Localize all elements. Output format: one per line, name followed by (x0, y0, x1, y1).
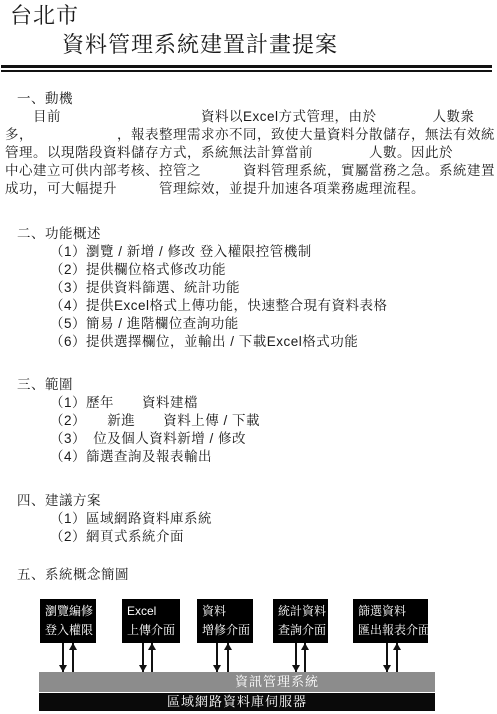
section-scope: 三、範圍 （1）歷年 資料建檔 （2） 新進 資料上傳 / 下載 （3） 位及個… (5, 376, 497, 466)
diagram-box-filter-export: 篩選資料匯出報表介面 (353, 599, 428, 643)
box-label-line2: 匯出報表介面 (358, 623, 430, 637)
box-label-line2: 上傳介面 (127, 623, 175, 637)
arrow-down-icon (213, 643, 221, 672)
section-heading: 二、功能概述 (5, 225, 497, 243)
arrow-up-icon (224, 643, 232, 672)
arrow-up-icon (69, 643, 77, 672)
section-motivation: 一、動機 目前 資料以Excel方式管理，由於 人數衆多， ，報表整理需求亦不同… (5, 90, 497, 198)
system-concept-diagram: 瀏覽編修登入權限 Excel上傳介面 資料增修介面 統計資料查詢介面 篩選資料匯… (0, 599, 497, 712)
arrow-down-icon (292, 643, 300, 672)
list-item: （4）提供Excel格式上傳功能，快速整合現有資料表格 (5, 297, 497, 315)
list-item: （1）區域網路資料庫系統 (5, 510, 497, 528)
diagram-box-browse-edit-login: 瀏覽編修登入權限 (40, 599, 96, 643)
arrow-down-icon (139, 643, 147, 672)
box-label-line2: 查詢介面 (278, 623, 326, 637)
section-functions: 二、功能概述 （1）瀏覽 / 新增 / 修改 登入權限控管機制 （2）提供欄位格… (5, 225, 497, 351)
list-item: （1）歷年 資料建檔 (5, 394, 497, 412)
title-divider (1, 65, 492, 72)
section-heading: 五、系統概念簡圖 (5, 566, 497, 584)
box-label-line1: 統計資料 (278, 604, 326, 618)
diagram-box-stats-query: 統計資料查詢介面 (273, 599, 328, 643)
section-proposal: 四、建議方案 （1）區域網路資料庫系統 （2）網頁式系統介面 (5, 492, 497, 546)
list-item: （2）網頁式系統介面 (5, 528, 497, 546)
document-title-line2: 資料管理系統建置計畫提案 (5, 30, 497, 60)
paragraph-line: 中心建立可供内部考核、控管之 資料管理系統，實屬當務之急。系統建置 (5, 162, 497, 180)
list-item: （5）簡易 / 進階欄位查詢功能 (5, 315, 497, 333)
diagram-box-data-edit: 資料增修介面 (197, 599, 253, 643)
paragraph-line: 目前 資料以Excel方式管理，由於 人數衆多， (5, 108, 497, 126)
arrow-up-icon (301, 643, 309, 672)
list-item: （2） 新進 資料上傳 / 下載 (5, 412, 497, 430)
diagram-box-excel-upload: Excel上傳介面 (122, 599, 180, 643)
section-heading: 三、範圍 (5, 376, 497, 394)
section-concept-diagram: 五、系統概念簡圖 (5, 566, 497, 584)
list-item: （4）篩選查詢及報表輸出 (5, 448, 497, 466)
arrow-up-icon (393, 643, 401, 672)
box-label-line2: 增修介面 (202, 623, 250, 637)
arrow-down-icon (59, 643, 67, 672)
middleware-bar: 資訊管理系統 (39, 672, 435, 692)
list-item: （3）提供資料篩選、統計功能 (5, 279, 497, 297)
paragraph-line: 管理。以現階段資料儲存方式，系統無法計算當前 人數。因此於 (5, 144, 497, 162)
section-heading: 一、動機 (5, 90, 497, 108)
paragraph-line: ，報表整理需求亦不同，致使大量資料分散儲存，無法有效統一 (5, 126, 497, 144)
box-label-line2: 登入權限 (45, 623, 93, 637)
paragraph-line: 成功，可大幅提升 管理綜效，並提升加速各項業務處理流程。 (5, 180, 497, 198)
box-label-line1: 瀏覽編修 (45, 604, 93, 618)
section-heading: 四、建議方案 (5, 492, 497, 510)
list-item: （1）瀏覽 / 新增 / 修改 登入權限控管機制 (5, 243, 497, 261)
list-item: （3） 位及個人資料新增 / 修改 (5, 430, 497, 448)
arrow-down-icon (383, 643, 391, 672)
box-label-line1: Excel (127, 604, 156, 618)
document-page: 台北市 資料管理系統建置計畫提案 一、動機 目前 資料以Excel方式管理，由於… (0, 0, 497, 714)
document-title-line1: 台北市 (5, 2, 497, 30)
list-item: （2）提供欄位格式修改功能 (5, 261, 497, 279)
arrow-up-icon (148, 643, 156, 672)
database-server-bar: 區域網路資料庫伺服器 (39, 693, 435, 711)
list-item: （6）提供選擇欄位，並輸出 / 下載Excel格式功能 (5, 333, 497, 351)
box-label-line1: 資料 (202, 604, 226, 618)
box-label-line1: 篩選資料 (358, 604, 406, 618)
